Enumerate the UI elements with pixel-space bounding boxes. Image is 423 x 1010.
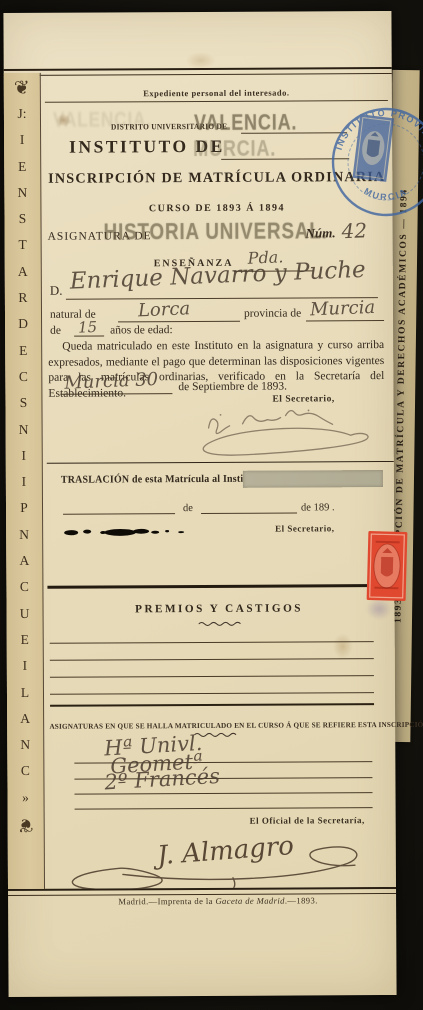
imprint-text: Madrid.—Imprenta de la <box>118 896 215 907</box>
student-name-handwritten: Enrique Navarro y Puche <box>69 257 366 295</box>
traslacion-de-2: de 189 . <box>301 502 335 513</box>
section-rule <box>47 461 394 464</box>
left-stub-strip: ❦ J: I E N S T A R D E C S N I I P N A C… <box>4 73 45 889</box>
subject-ruled-line <box>75 807 373 810</box>
province-blank-line <box>306 320 384 321</box>
svg-text:MURCIA: MURCIA <box>362 186 409 202</box>
official-signature-name: J. Almagro <box>151 831 295 872</box>
age-suffix: años de edad: <box>110 324 173 336</box>
traslacion-blank-line-1 <box>63 513 175 515</box>
province-value-handwritten: Murcia <box>310 297 376 321</box>
floral-ornament-icon: ❦ <box>18 815 34 834</box>
traslacion-de-1: de <box>183 503 193 514</box>
age-blank-line <box>74 335 104 336</box>
province-label: provincia de <box>244 307 301 319</box>
mid-section-rule <box>50 703 374 707</box>
imprint-year: .—1893. <box>285 895 318 905</box>
paper-stain <box>186 52 216 69</box>
traslacion-redacted-field <box>243 470 383 488</box>
official-signature: J. Almagro <box>63 821 375 889</box>
imprint-gaceta: Gaceta de Madrid <box>215 896 284 906</box>
left-stub-vertical-letters: J: I E N S T A R D E C S N I I P N A C U… <box>17 101 30 811</box>
printer-imprint: Madrid.—Imprenta de la Gaceta de Madrid.… <box>48 895 388 907</box>
floral-ornament-icon: ❦ <box>14 79 30 98</box>
traslacion-blank-line-2 <box>201 512 297 514</box>
squiggle-underline <box>198 621 240 627</box>
age-prefix: de <box>50 325 61 337</box>
district-stamp-valencia: VALENCIA. <box>194 109 297 136</box>
secretary-label-2: El Secretario, <box>275 523 334 533</box>
blank-ruled-line <box>50 692 374 695</box>
date-printed: de Septiembre de 1893. <box>178 381 287 394</box>
date-place-handwritten: Murcia 30 <box>64 369 159 394</box>
natural-value-handwritten: Lorca <box>138 298 191 321</box>
blank-ruled-line <box>50 658 374 661</box>
ink-smudge <box>366 598 392 620</box>
blank-ruled-line <box>50 641 374 644</box>
premios-top-rule <box>47 584 394 589</box>
institute-stamp-murcia: MURCIA. <box>193 136 276 162</box>
premios-title: PREMIOS Y CASTIGOS <box>44 602 395 616</box>
asignaturas-header: ASIGNATURAS EN QUE SE HALLA MATRICULADO … <box>49 720 390 731</box>
subject-stamp-historia-universal: HISTORIA UNIVERSAL. <box>104 217 328 245</box>
d-label: D. <box>50 283 63 299</box>
red-fiscal-stamp <box>366 530 408 601</box>
secretary-signature <box>190 401 382 462</box>
ink-blots <box>63 524 213 539</box>
blank-ruled-line <box>50 675 374 678</box>
scanned-document-photo: 1893 — INSCRIPCIÓN DE MATRÍCULA Y DERECH… <box>0 0 423 1010</box>
round-institute-stamp: INSTITUTO PROVINCIAL MURCIA <box>320 90 423 242</box>
age-value-handwritten: 15 <box>78 318 98 337</box>
stamp-text-bottom: MURCIA <box>362 186 409 202</box>
natural-blank-line <box>118 321 240 323</box>
